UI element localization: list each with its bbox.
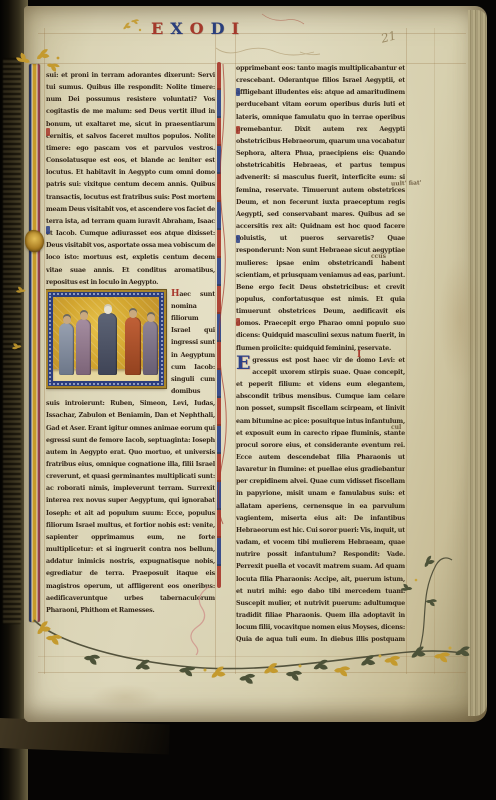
gold-sprig-top-left: [122, 18, 141, 31]
pink-cadel-flourish: [191, 586, 210, 655]
penwork-and-ivy-overlay: [0, 0, 496, 800]
manuscript-photo: E X O D I 21 sui: et proni in terram ado…: [0, 0, 496, 800]
bottom-ivy-vine: [34, 620, 471, 684]
faint-inscription-flourish: [216, 48, 320, 55]
intercolumn-red-hairline: [218, 64, 226, 524]
bar-side-sprigs: [12, 286, 26, 350]
red-title-flourish: [262, 14, 304, 24]
right-margin-tendril: [401, 555, 452, 648]
bar-top-ivy-terminal: [15, 48, 60, 72]
